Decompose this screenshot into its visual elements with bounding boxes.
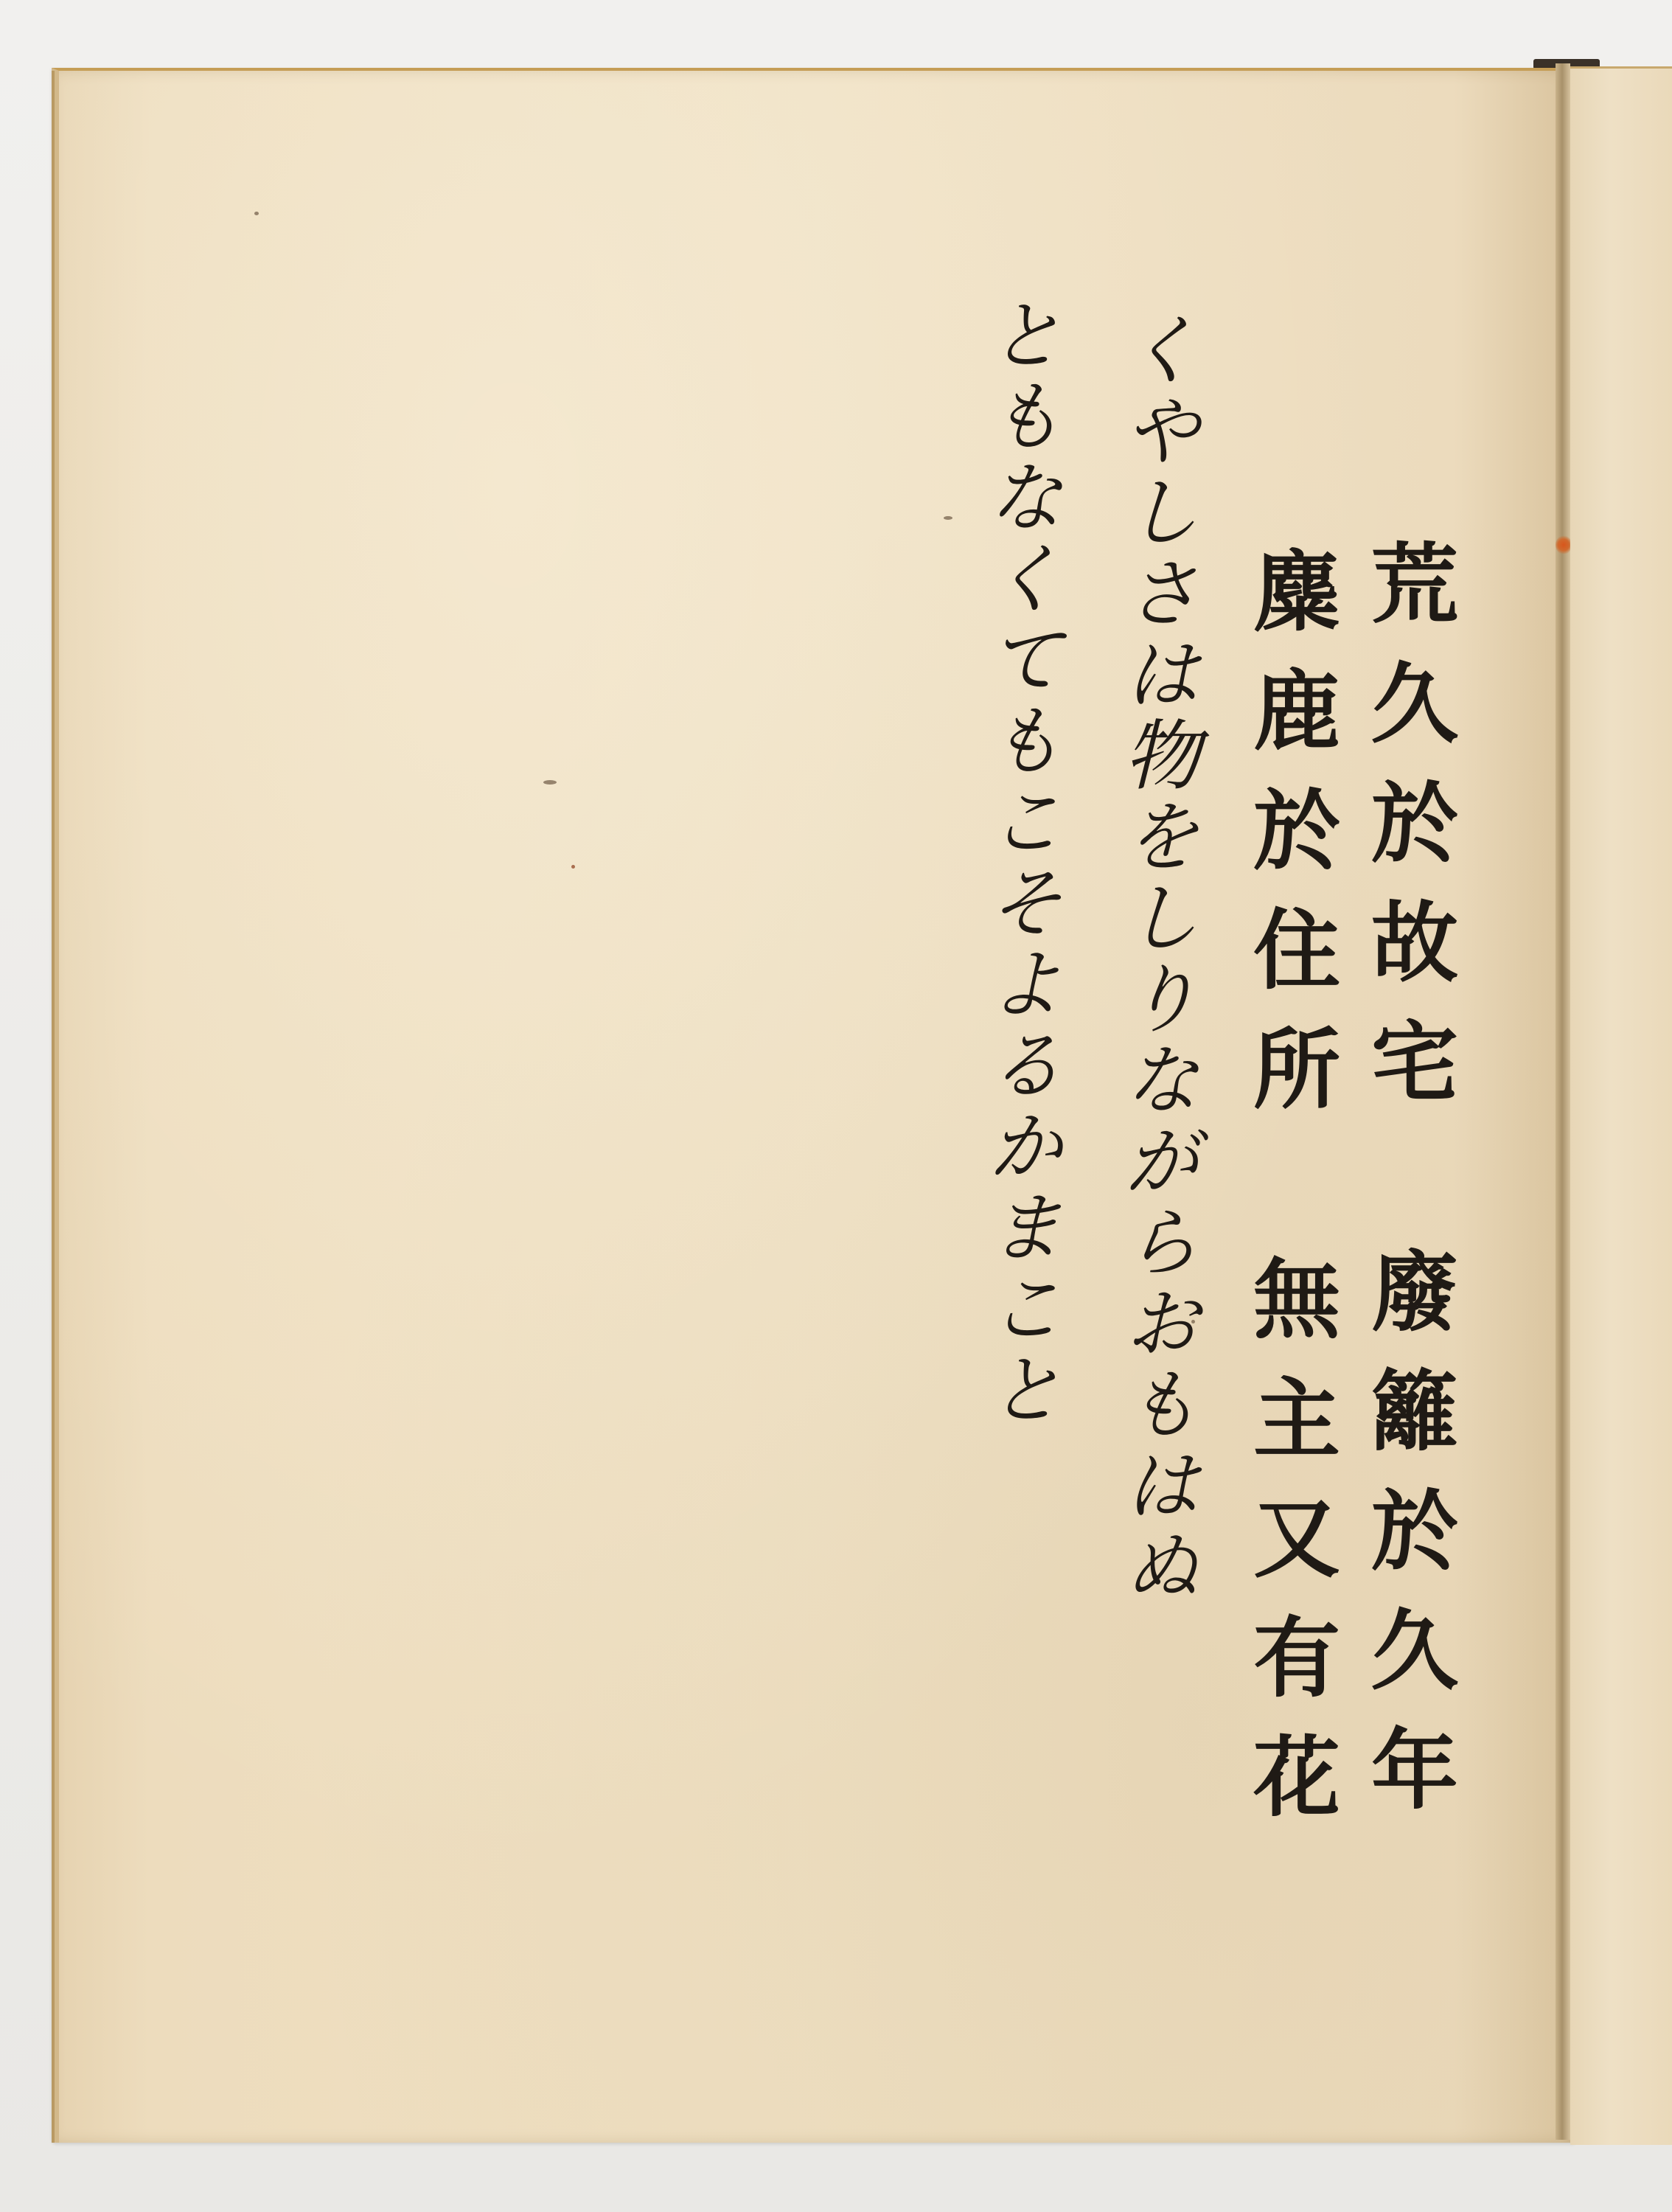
right-page-edge [1570, 66, 1672, 2145]
couplet-line-2: 麋鹿於住所無主又有花 [1246, 546, 1333, 1851]
kana-verse-line-1: くやしさは物をしりながらおもはぬ [1117, 310, 1194, 1607]
couplet-line-2-part-b: 無主又有花 [1239, 1253, 1341, 1851]
couplet-line-1-part-a: 荒久於故宅 [1356, 538, 1459, 1135]
red-stain [1556, 535, 1572, 554]
kana-verse-line-2: ともなくてもこそよるかまこと [980, 295, 1057, 1430]
couplet-line-2-part-a: 麋鹿於住所 [1239, 546, 1341, 1143]
left-page [52, 68, 1575, 2143]
paper-speck [571, 865, 575, 869]
paper-speck [254, 212, 259, 215]
couplet-line-1: 荒久於故宅廢籬於久年 [1364, 538, 1451, 1843]
page-edge [52, 71, 55, 2143]
book-gutter [1556, 63, 1570, 2140]
couplet-line-1-part-b: 廢籬於久年 [1356, 1246, 1459, 1843]
paper-speck [543, 780, 557, 785]
paper-speck [944, 516, 952, 520]
